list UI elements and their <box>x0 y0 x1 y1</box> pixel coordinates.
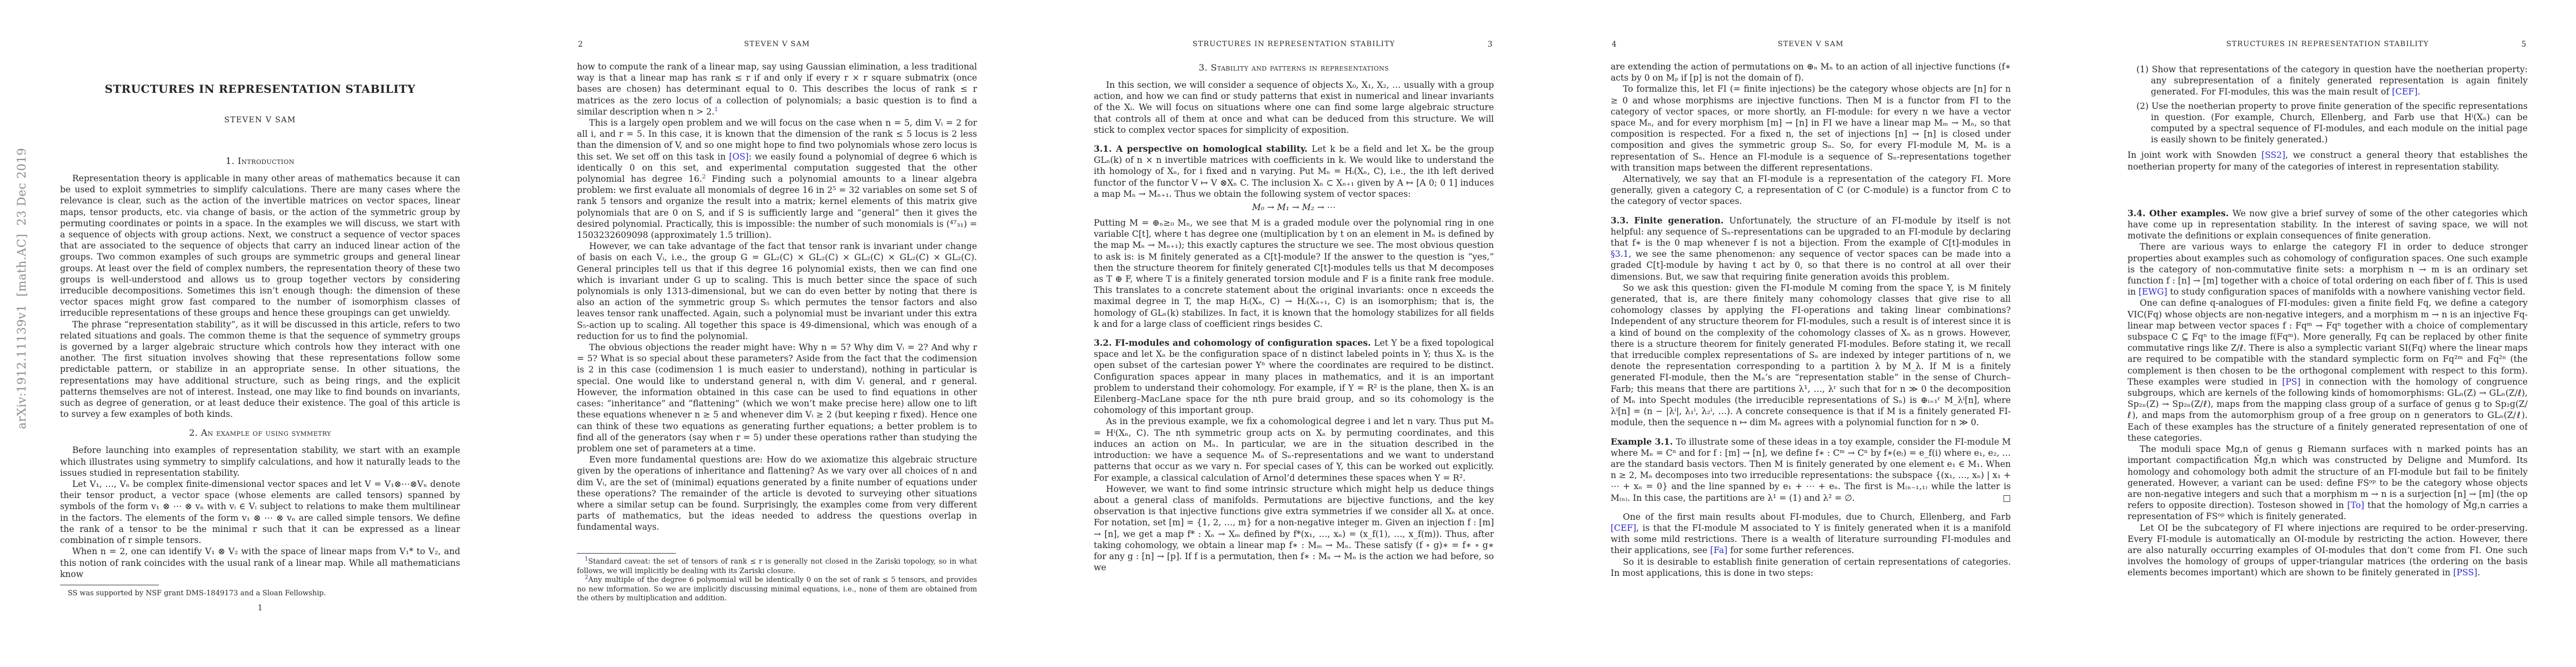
text-run: □ <box>2002 492 2011 504</box>
paragraph: The obvious objections the reader might … <box>577 342 977 454</box>
text-run: Alternatively, we say that an FI-module … <box>1611 174 2011 206</box>
paragraph: To formalize this, let FI (= finite inje… <box>1611 83 2011 173</box>
citation-link[interactable]: [SS2] <box>2261 150 2285 160</box>
paragraph: As in the previous example, we fix a coh… <box>1094 416 1494 483</box>
text-run: As in the previous example, we fix a coh… <box>1094 416 1494 482</box>
running-head-page-number: 2 <box>578 40 583 49</box>
text-run: In this section, we will consider a sequ… <box>1094 80 1494 135</box>
citation-link[interactable]: §3.1 <box>1611 249 1628 259</box>
text-run: . <box>2477 568 2480 578</box>
running-head-page-number: 3 <box>1488 40 1493 49</box>
section-heading-2: 2. An example of using symmetry <box>60 427 460 438</box>
paragraph: In this section, we will consider a sequ… <box>1094 79 1494 136</box>
text-run: When n = 2, one can identify V₁ ⊗ V₂ wit… <box>60 546 460 579</box>
paper-author: STEVEN V SAM <box>60 116 460 125</box>
text-run: (2) Use the noetherian property to prove… <box>2136 101 2528 145</box>
paragraph: Alternatively, we say that an FI-module … <box>1611 173 2011 207</box>
page-1-body: STRUCTURES IN REPRESENTATION STABILITY S… <box>60 0 460 580</box>
footnote-1: 1Standard caveat: the set of tensors of … <box>577 558 977 576</box>
text-run: , we see the same phenomenon: any sequen… <box>1611 249 2011 281</box>
text-run: Let V₁, …, Vₙ be complex finite-dimensio… <box>60 479 460 545</box>
text-run: are extending the action of permutations… <box>1611 62 2011 83</box>
footnote-rule <box>577 553 676 554</box>
citation-link[interactable]: [Fa] <box>1710 545 1727 555</box>
text-run: for some further references. <box>1727 545 1854 555</box>
page-2: 2 STEVEN V SAM how to compute the rank o… <box>577 0 977 667</box>
paragraph: This is a largely open problem and we wi… <box>577 117 977 241</box>
text-run: Example 3.1. <box>1611 436 1676 447</box>
arxiv-stamp: arXiv:1912.11139v1 [math.AC] 23 Dec 2019 <box>15 148 28 429</box>
text-run: Before launching into examples of repres… <box>60 445 460 477</box>
running-head-title: STEVEN V SAM <box>577 40 977 48</box>
citation-link[interactable]: [PSS] <box>2453 568 2478 578</box>
text-run: M₀ → M₁ → M₂ → ⋯ <box>1252 202 1336 212</box>
citation-link[interactable]: [OS] <box>729 152 749 162</box>
paper-title: STRUCTURES IN REPRESENTATION STABILITY <box>60 82 460 96</box>
text-run: 3.4. Other examples. <box>2127 208 2233 218</box>
citation-link[interactable]: 1 <box>715 107 718 113</box>
running-head: STRUCTURES IN REPRESENTATION STABILITY 3 <box>1094 40 1494 50</box>
running-head: 4 STEVEN V SAM <box>1611 40 2011 50</box>
running-head-page-number: 4 <box>1612 40 1617 49</box>
paragraph: So it is desirable to establish finite g… <box>1611 556 2011 579</box>
running-head-title: STRUCTURES IN REPRESENTATION STABILITY <box>1094 40 1494 48</box>
text-run: (1) Show that representations of the cat… <box>2136 64 2528 97</box>
page-4: 4 STEVEN V SAM are extending the action … <box>1611 0 2011 667</box>
citation-link[interactable]: [CEF] <box>1611 523 1636 533</box>
paragraph: Putting M = ⊕ₙ≥₀ Mₙ, we see that M is a … <box>1094 217 1494 330</box>
text-run: In joint work with Snowden <box>2127 150 2261 160</box>
citation-link[interactable]: [To] <box>2347 500 2364 510</box>
paragraph: However, we can take advantage of the fa… <box>577 241 977 342</box>
paragraph: So we ask this question: given the FI-mo… <box>1611 282 2011 429</box>
text-run: how to compute the rank of a linear map,… <box>577 62 977 117</box>
text-run: to study configuration spaces of manifol… <box>2168 287 2525 297</box>
paragraph: are extending the action of permutations… <box>1611 61 2011 83</box>
page-5-body: (1) Show that representations of the cat… <box>2127 61 2528 579</box>
running-head: 2 STEVEN V SAM <box>577 40 977 50</box>
text-run: So we ask this question: given the FI-mo… <box>1611 283 2011 427</box>
page-3: STRUCTURES IN REPRESENTATION STABILITY 3… <box>1094 0 1494 667</box>
paragraph: One can define q-analogues of FI-modules… <box>2127 297 2528 444</box>
text-run: Let Y be a fixed topological space and l… <box>1094 338 1494 415</box>
display-equation: M₀ → M₁ → M₂ → ⋯ <box>1094 202 1494 212</box>
paragraph: Even more fundamental questions are: How… <box>577 454 977 532</box>
list-item-1: (1) Show that representations of the cat… <box>2127 64 2528 98</box>
text-run: The obvious objections the reader might … <box>577 342 977 454</box>
text-run: Any multiple of the degree 6 polynomial … <box>577 576 977 603</box>
running-head-page-number: 5 <box>2522 40 2527 49</box>
paragraph: Let V₁, …, Vₙ be complex finite-dimensio… <box>60 479 460 546</box>
footnote-rule <box>60 585 159 585</box>
footnote-block: SS was supported by NSF grant DMS-184917… <box>60 585 460 667</box>
running-head-title: STRUCTURES IN REPRESENTATION STABILITY <box>2127 40 2528 48</box>
text-run: One can define q-analogues of FI-modules… <box>2127 298 2528 386</box>
citation-link[interactable]: [CEF] <box>2392 87 2418 97</box>
text-run: So it is desirable to establish finite g… <box>1611 557 2011 578</box>
footnote-2: 2Any multiple of the degree 6 polynomial… <box>577 576 977 604</box>
page-5: STRUCTURES IN REPRESENTATION STABILITY 5… <box>2127 0 2528 667</box>
citation-link[interactable]: [EWG] <box>2139 287 2168 297</box>
citation-link[interactable]: [PS] <box>2282 377 2300 387</box>
text-run: Putting M = ⊕ₙ≥₀ Mₙ, we see that M is a … <box>1094 218 1494 329</box>
list-item-2: (2) Use the noetherian property to prove… <box>2127 101 2528 146</box>
text-run: 3.2. FI-modules and cohomology of config… <box>1094 337 1374 348</box>
paragraph: One of the first main results about FI-m… <box>1611 511 2011 556</box>
page-number: 1 <box>60 604 460 613</box>
text-run: Standard caveat: the set of tensors of r… <box>577 558 977 575</box>
paragraph: The moduli space Mg,n of genus g Riemann… <box>2127 444 2528 522</box>
example-3-1: Example 3.1. To illustrate some of these… <box>1611 436 2011 504</box>
subsection-3-4: 3.4. Other examples. We now give a brief… <box>2127 208 2528 242</box>
paragraph: how to compute the rank of a linear map,… <box>577 61 977 117</box>
subsection-3-1: 3.1. A perspective on homological stabil… <box>1094 143 1494 200</box>
text-run: Representation theory is applicable in m… <box>60 173 460 318</box>
section-heading-1: 1. Introduction <box>60 156 460 166</box>
paragraph: Let OI be the subcategory of FI where in… <box>2127 522 2528 579</box>
text-run: Even more fundamental questions are: How… <box>577 455 977 532</box>
text-run: However, we can take advantage of the fa… <box>577 241 977 341</box>
section-heading-3: 3. Stability and patterns in representat… <box>1094 62 1494 73</box>
running-head: STRUCTURES IN REPRESENTATION STABILITY 5 <box>2127 40 2528 50</box>
paragraph: However, we want to find some intrinsic … <box>1094 484 1494 574</box>
page-2-body: how to compute the rank of a linear map,… <box>577 61 977 533</box>
page-3-body: 3. Stability and patterns in representat… <box>1094 61 1494 573</box>
running-head-title: STEVEN V SAM <box>1611 40 2011 48</box>
page-4-body: are extending the action of permutations… <box>1611 61 2011 579</box>
paragraph: In joint work with Snowden [SS2], we con… <box>2127 150 2528 172</box>
footnote-block: 1Standard caveat: the set of tensors of … <box>577 553 977 667</box>
paragraph: Before launching into examples of repres… <box>60 445 460 479</box>
paragraph: Representation theory is applicable in m… <box>60 173 460 319</box>
text-run: One of the first main results about FI-m… <box>1623 512 2011 522</box>
text-run: The phrase “representation stability”, a… <box>60 320 460 420</box>
text-run: However, we want to find some intrinsic … <box>1094 484 1494 573</box>
text-run: . <box>2418 87 2420 97</box>
paragraph: There are various ways to enlarge the ca… <box>2127 241 2528 297</box>
subsection-3-2: 3.2. FI-modules and cohomology of config… <box>1094 337 1494 416</box>
thanks-footnote: SS was supported by NSF grant DMS-184917… <box>60 589 460 599</box>
text-run: To formalize this, let FI (= finite inje… <box>1611 84 2011 172</box>
paragraph: When n = 2, one can identify V₁ ⊗ V₂ wit… <box>60 546 460 580</box>
page-1: STRUCTURES IN REPRESENTATION STABILITY S… <box>60 0 460 667</box>
text-run: 3.1. A perspective on homological stabil… <box>1094 143 1312 154</box>
subsection-3-3: 3.3. Finite generation. Unfortunately, t… <box>1611 215 2011 282</box>
paragraph: The phrase “representation stability”, a… <box>60 319 460 420</box>
text-run: 3.3. Finite generation. <box>1611 215 1729 226</box>
